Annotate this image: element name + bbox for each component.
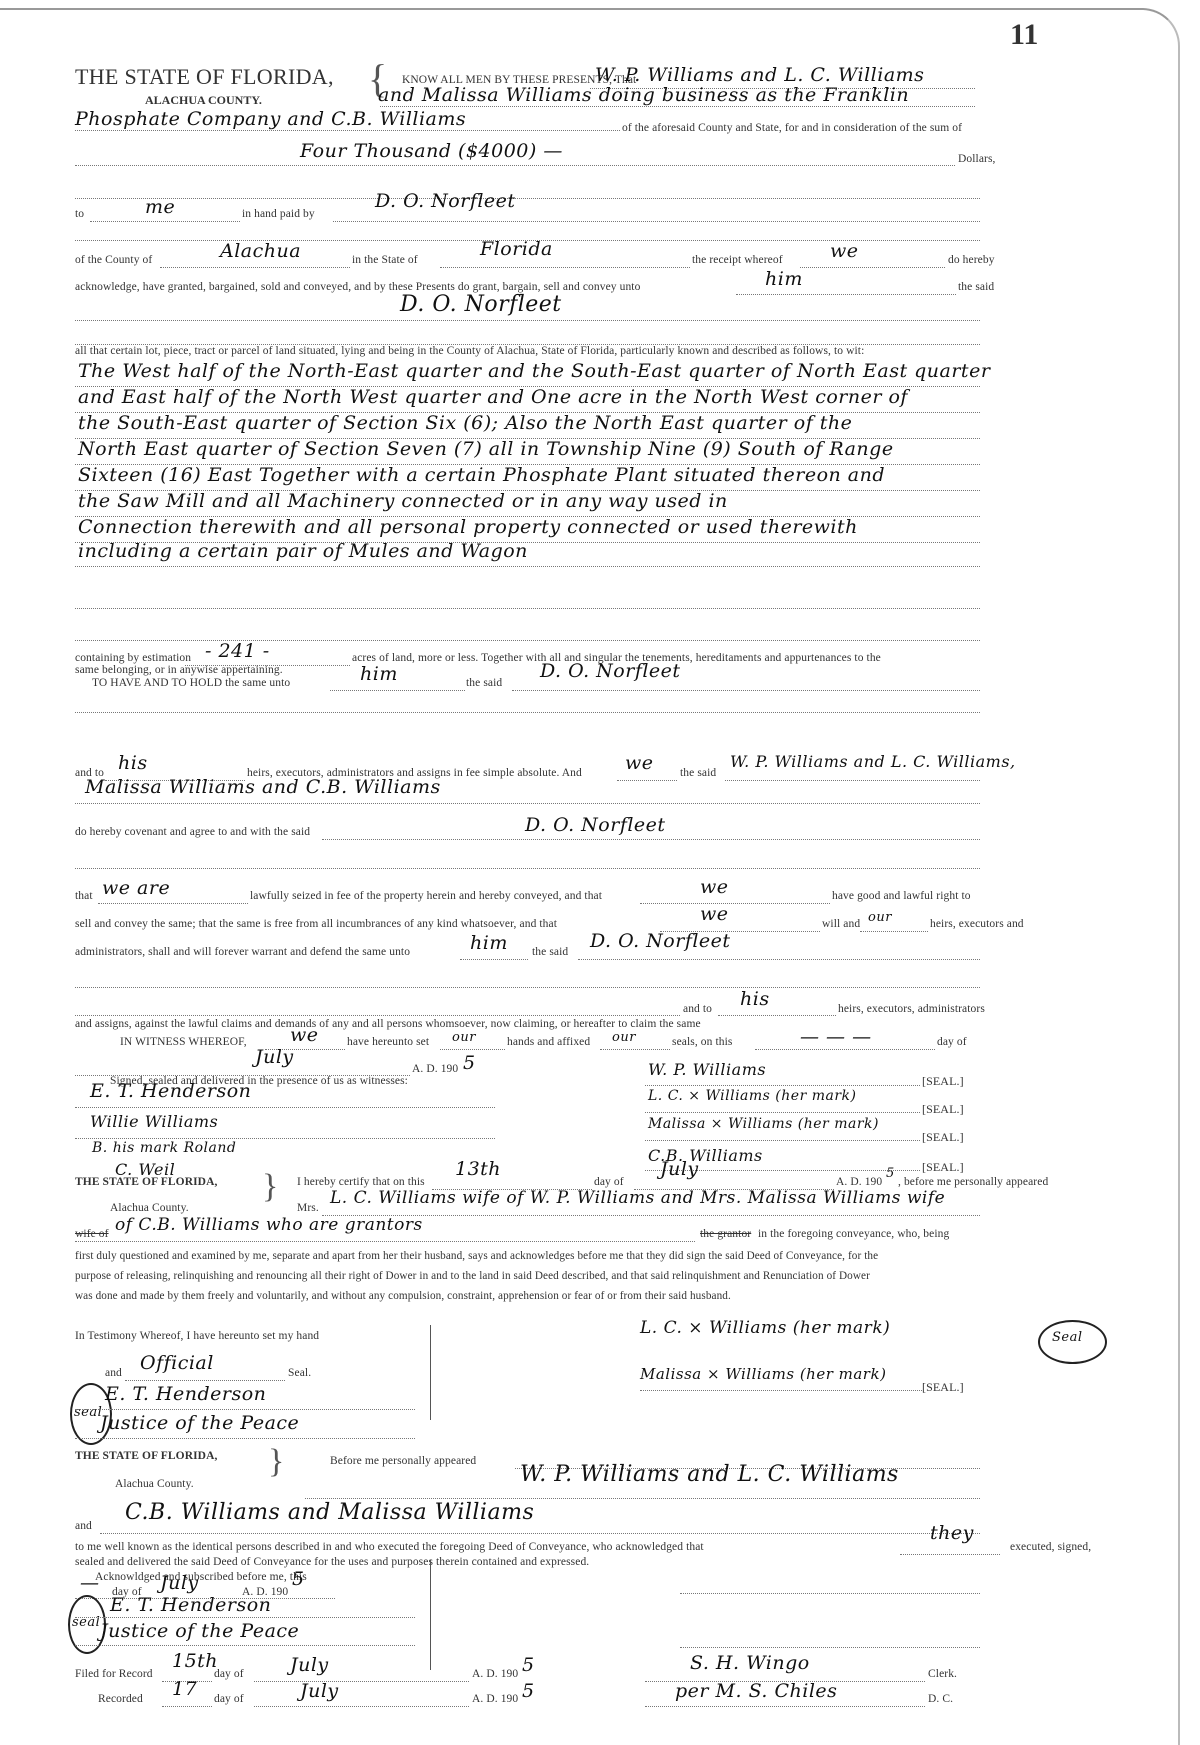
acres-value: - 241 - [205,640,270,662]
will-and: will and [822,918,860,930]
to-have-value: him [360,663,398,685]
mrs-label: Mrs. [297,1202,319,1214]
dower-seal-right: [SEAL.] [922,1380,964,1395]
page-number: 11 [1010,18,1038,52]
mrs-value: L. C. Williams wife of W. P. Williams an… [330,1188,945,1208]
description-line: including a certain pair of Mules and Wa… [78,540,528,562]
ack-subscribed: Acknowldged and subscribed before me, th… [95,1571,307,1583]
filed-year: 5 [522,1654,535,1676]
dower-before: , before me personally appeared [898,1176,1048,1188]
grantors-line-1: W. P. Williams and L. C. Williams [595,64,924,86]
ack-sealed-text: sealed and delivered the said Deed of Co… [75,1556,589,1568]
dower-line-2-text: in the foregoing conveyance, who, being [758,1228,949,1240]
seals-text: seals, on this [672,1036,733,1048]
day-of: day of [937,1036,967,1048]
sum-written: Four Thousand ($4000) — [300,140,563,162]
receipt-label: the receipt whereof [692,254,783,266]
recorded-day-of: day of [214,1693,244,1705]
receipt-value: we [830,240,859,262]
ack-state: THE STATE OF FLORIDA, [75,1450,217,1462]
ack-before: Before me personally appeared [330,1455,476,1467]
ack-executed: executed, signed, [1010,1541,1091,1553]
recorded-month: July [300,1680,339,1702]
paid-by-label: in hand paid by [242,208,315,220]
admin-text: administrators, shall and will forever w… [75,946,410,958]
ack-jp-title: Justice of the Peace [100,1620,299,1642]
to-have-label: TO HAVE AND TO HOLD the same unto [92,677,290,689]
dower-day-of: day of [594,1176,624,1188]
that-label: that [75,890,93,902]
ack-and-label: and [75,1520,92,1532]
dower-line-3: first duly questioned and examined by me… [75,1250,878,1262]
state-title: THE STATE OF FLORIDA, [75,64,334,90]
dower-line-4: purpose of releasing, relinquishing and … [75,1270,870,1282]
grantors-cont: Malissa Williams and C.B. Williams [85,776,441,798]
dower-state: THE STATE OF FLORIDA, [75,1176,217,1188]
day-value: — — — [800,1026,872,1048]
witness-name: B. his mark Roland [92,1140,236,1156]
ack-known-text: to me well known as the identical person… [75,1541,704,1553]
the-said-label-2: the said [680,767,716,779]
ack-year: 5 [292,1568,305,1590]
grantor-strike: the grantor [700,1228,751,1240]
paid-by-value: D. O. Norfleet [375,190,516,212]
seal-circle-text: Seal [1052,1330,1083,1345]
dower-ad: A. D. 190 [836,1176,882,1188]
dower-day: 13th [455,1158,501,1180]
signature-name: Malissa × Williams (her mark) [648,1116,879,1132]
seized-value: we [700,876,729,898]
description-intro: all that certain lot, piece, tract or pa… [75,345,864,357]
that-value: we are [102,877,170,899]
signature-name: L. C. × Williams (her mark) [648,1088,856,1104]
seal-mark: seal [74,1405,102,1420]
clerk-name: S. H. Wingo [690,1652,810,1674]
in-witness: IN WITNESS WHEREOF, [120,1036,247,1048]
seal-label: [SEAL.] [922,1102,964,1117]
county-of-value: Alachua [220,240,301,262]
covenant-label: do hereby covenant and agree to and with… [75,826,310,838]
sell-value: we [700,903,729,925]
dower-signer-2: Malissa × Williams (her mark) [640,1365,886,1383]
admin-said-value: D. O. Norfleet [590,930,731,952]
grantee-name: D. O. Norfleet [400,292,562,317]
seal-label: [SEAL.] [922,1130,964,1145]
sell-text: sell and convey the same; that the same … [75,918,557,930]
dower-line-5: was done and made by them freely and vol… [75,1290,731,1302]
description-line: the Saw Mill and all Machinery connected… [78,490,728,512]
brace: } [262,1168,278,1206]
description-line: Sixteen (16) East Together with a certai… [78,464,885,486]
recorded-ad: A. D. 190 [472,1693,518,1705]
filed-day-of: day of [214,1668,244,1680]
official-value: Official [140,1352,214,1374]
witness-month: July [255,1046,294,1068]
admin-the-said: the said [532,946,568,958]
and-to-label-2: and to [683,1003,712,1015]
deputy-label: D. C. [928,1693,953,1705]
filed-month: July [290,1654,329,1676]
dower-county: Alachua County. [110,1202,189,1214]
seal-label: [SEAL.] [922,1074,964,1089]
state-of-value: Florida [480,238,553,260]
dower-year: 5 [886,1166,895,1181]
signature-name: W. P. Williams [648,1060,766,1079]
dower-signer-1: L. C. × Williams (her mark) [640,1318,890,1338]
admin-value: him [470,932,508,954]
description-line: and East half of the North West quarter … [78,386,908,408]
witness-ad: A. D. 190 [412,1063,458,1075]
dower-month: July [660,1158,699,1180]
filed-ad: A. D. 190 [472,1668,518,1680]
ack-names-line-2: C.B. Williams and Malissa Williams [125,1500,534,1525]
brace: } [268,1443,284,1481]
containing-label: containing by estimation [75,652,191,664]
seal-label: Seal. [288,1367,311,1379]
description-line: The West half of the North-East quarter … [78,360,990,382]
county-label: ALACHUA COUNTY. [145,93,262,108]
and-to-value-2: his [740,988,770,1010]
heirs-admin: heirs, executors, administrators [838,1003,985,1015]
the-said: the said [958,281,994,293]
filed-label: Filed for Record [75,1668,153,1680]
witness-name: Willie Williams [90,1112,218,1131]
will-and-value: our [868,910,892,925]
right-text: have good and lawful right to [832,890,971,902]
hands-text: hands and affixed [507,1036,590,1048]
recorded-year: 5 [522,1680,535,1702]
ack-county: Alachua County. [115,1478,194,1490]
jp-title: Justice of the Peace [100,1412,299,1434]
dollars-label: Dollars, [958,153,996,165]
heirs-exec: heirs, executors and [930,918,1024,930]
witness-name: E. T. Henderson [90,1080,251,1102]
convey-unto-value: him [765,268,803,290]
wife-of-strike: wife of [75,1228,109,1240]
description-line: North East quarter of Section Seven (7) … [78,438,894,460]
description-line: Connection therewith and all personal pr… [78,516,858,538]
to-value: me [145,196,175,218]
seal-label: [SEAL.] [922,1160,964,1175]
and-to-value: his [118,752,148,774]
covenant-value: D. O. Norfleet [525,814,666,836]
county-of-label: of the County of [75,254,152,266]
seized-text: lawfully seized in fee of the property h… [250,890,602,902]
the-said-value: D. O. Norfleet [540,660,681,682]
the-said-label: the said [466,677,502,689]
witness-we: we [290,1024,319,1046]
description-line: the South-East quarter of Section Six (6… [78,412,852,434]
recorded-label: Recorded [98,1693,143,1705]
ack-day: — [80,1572,100,1594]
grantors-line-2: and Malissa Williams doing business as t… [378,84,909,106]
aforesaid-text: of the aforesaid County and State, for a… [622,122,962,134]
seal-value: our [612,1030,636,1045]
certify-text: I hereby certify that on this [297,1176,425,1188]
assigns-text: and assigns, against the lawful claims a… [75,1018,701,1030]
ack-they: they [930,1522,974,1544]
ack-names-line-1: W. P. Williams and L. C. Williams [520,1462,899,1487]
ack-month: July [160,1572,199,1594]
grantors-line-3: Phosphate Company and C.B. Williams [75,108,466,130]
deputy-name: per M. S. Chiles [675,1680,837,1702]
the-said-value-2: W. P. Williams and L. C. Williams, [730,752,1016,771]
dower-line-2: of C.B. Williams who are grantors [115,1215,423,1235]
testimony-text: In Testimony Whereof, I have hereunto se… [75,1330,319,1342]
jp-name: E. T. Henderson [105,1383,266,1405]
and-label: and [105,1367,122,1379]
filed-day: 15th [172,1650,218,1672]
do-hereby: do hereby [948,254,995,266]
hand-value: our [452,1030,476,1045]
ack-jp-name: E. T. Henderson [110,1594,271,1616]
belonging-text: same belonging, or in anywise appertaini… [75,664,283,676]
witness-year: 5 [463,1052,476,1074]
clerk-label: Clerk. [928,1668,957,1680]
and-value: we [625,752,654,774]
hereunto-text: have hereunto set [347,1036,429,1048]
to-label: to [75,208,84,220]
recorded-day: 17 [172,1678,197,1700]
state-of-label: in the State of [352,254,418,266]
